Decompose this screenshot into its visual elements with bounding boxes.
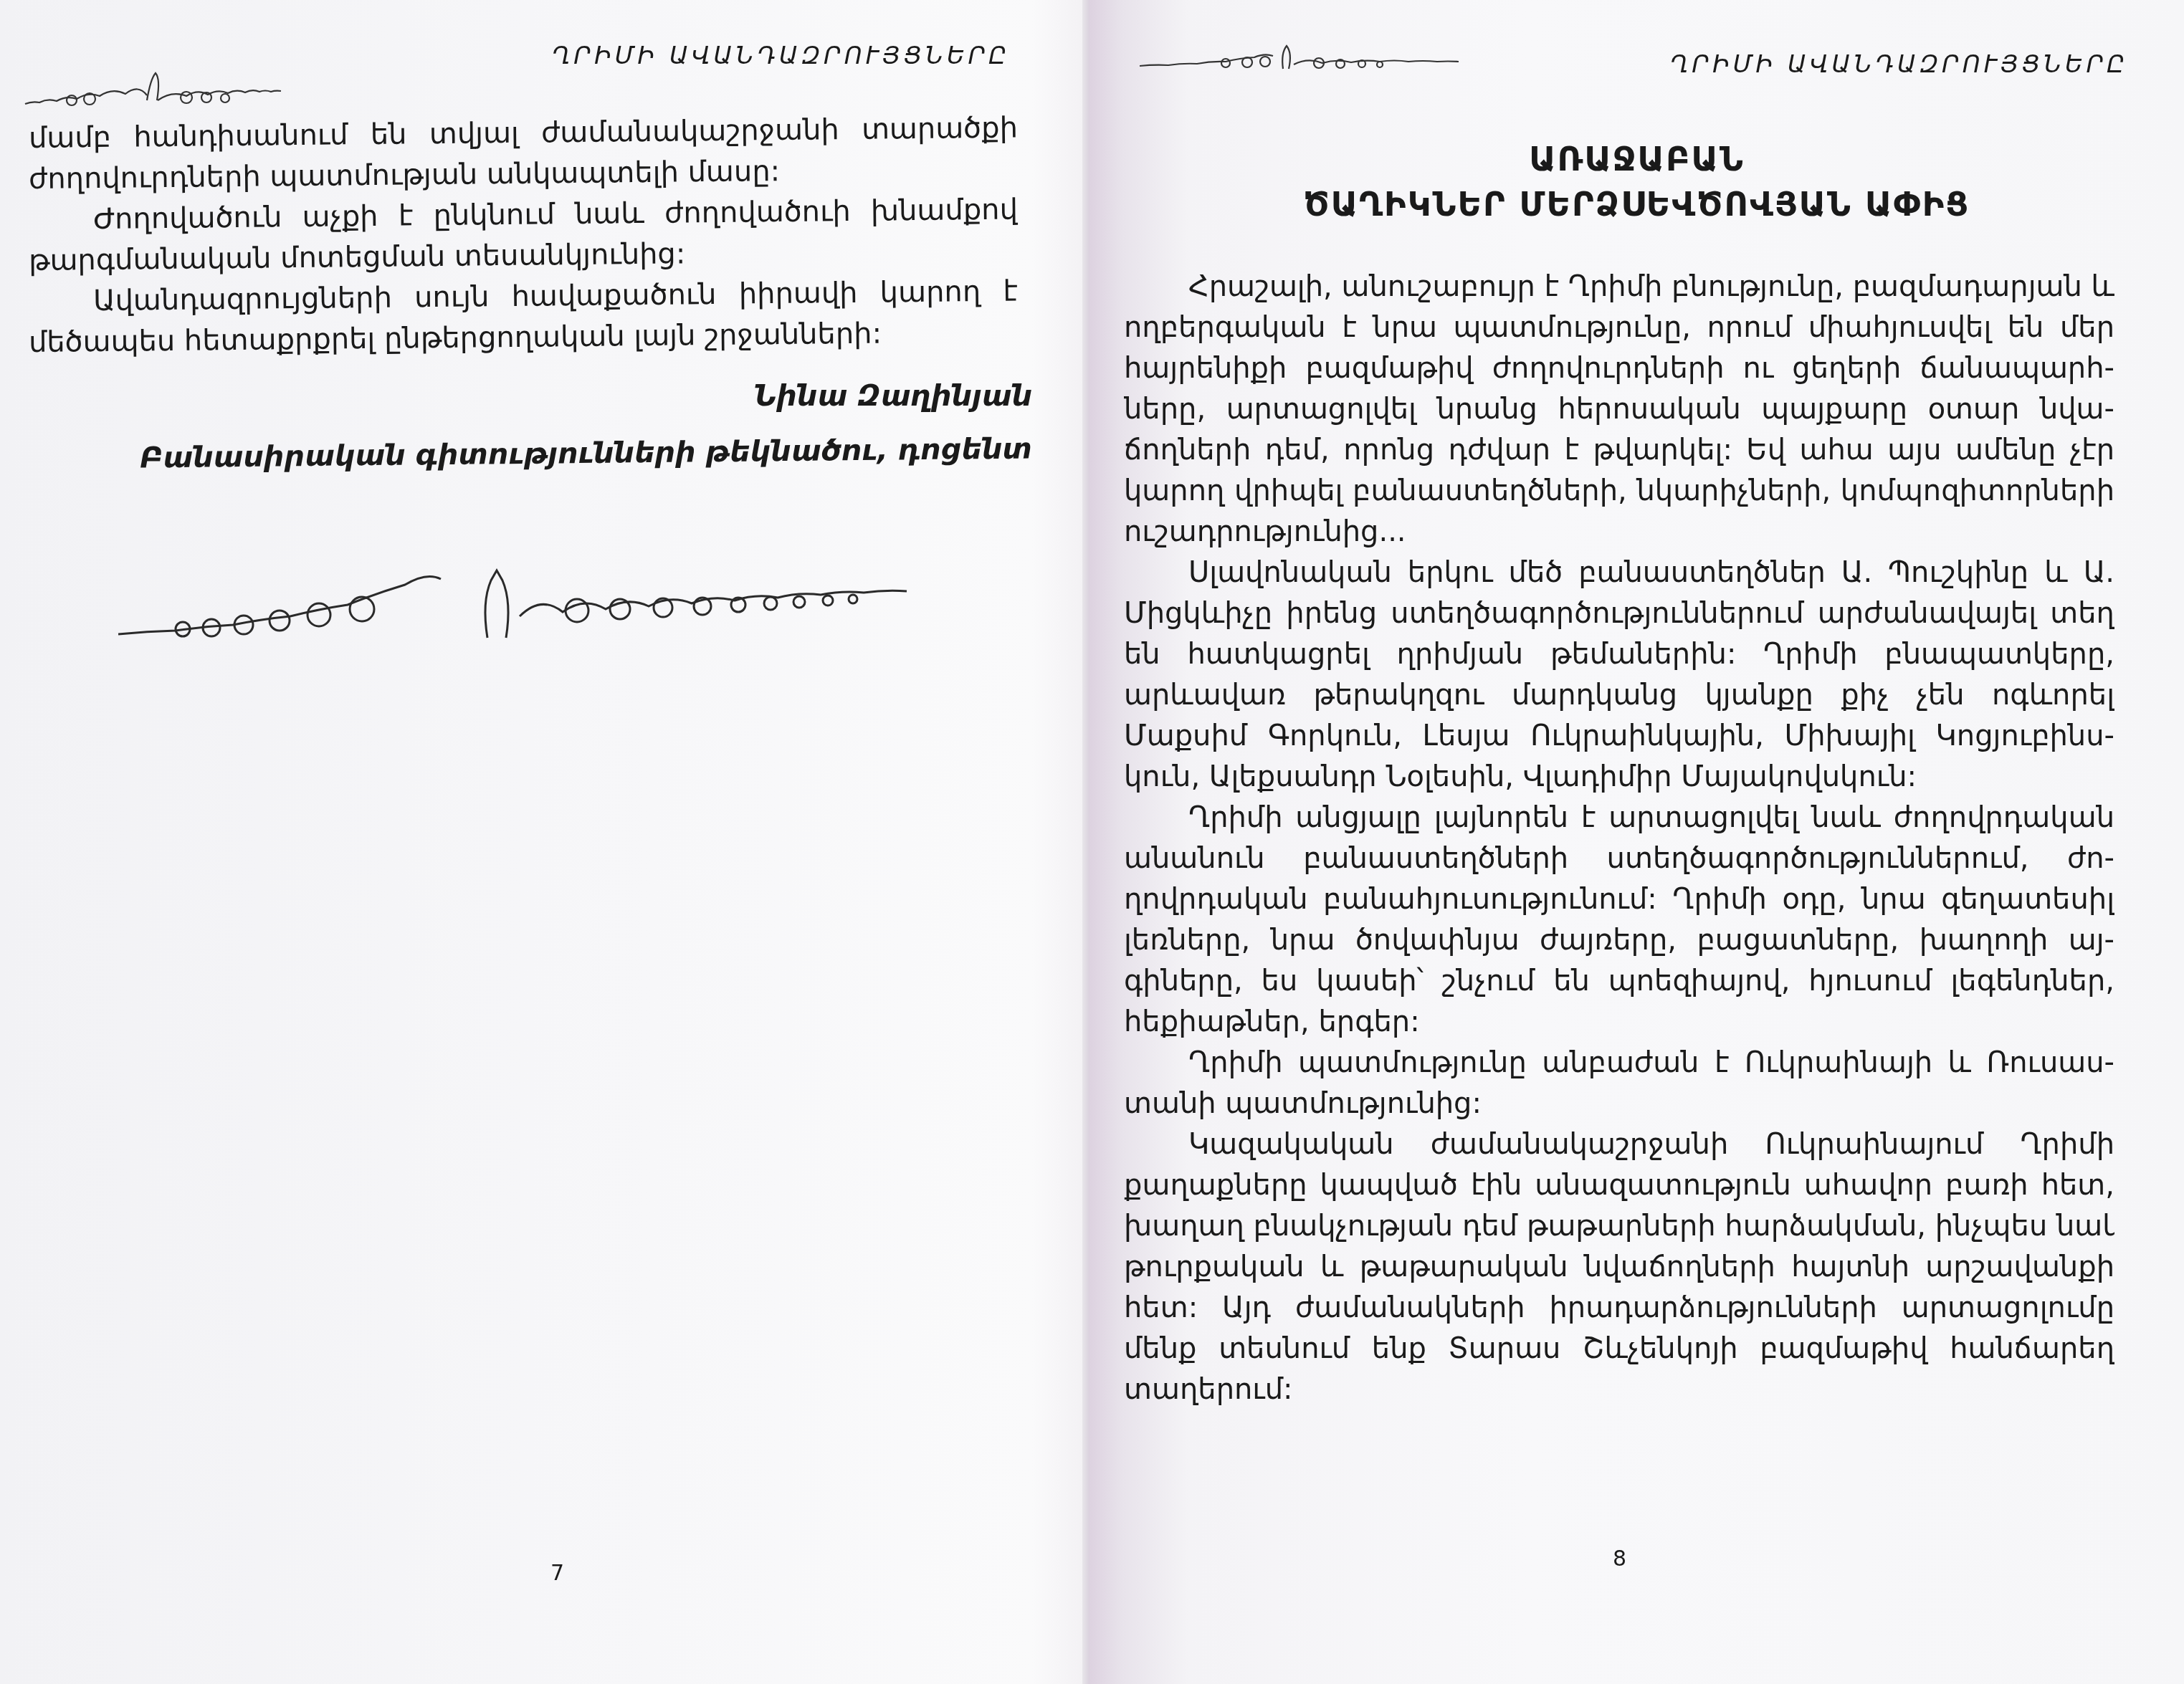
text-line: Կազակական ժամանակաշրջանի Ուկրաինայում Ղր… [1124, 1124, 2114, 1165]
text-line: հետ: Այդ ժամանակների իրադարձությունների … [1124, 1288, 2114, 1329]
page-number-right: 8 [1613, 1546, 1626, 1571]
header-ornament-icon [22, 72, 337, 111]
text-line: տանի պատմությունից: [1124, 1083, 2114, 1124]
text-line: Հրաշալի, անուշաբույր է Ղրիմի բնությունը,… [1124, 267, 2114, 307]
left-page: ՂՐԻՄԻ ԱՎԱՆԴԱԶՐՈՒՅՑՆԵՐԸ մամբ հանդիսանում … [0, 0, 1086, 1684]
text-line: մենք տեսնում ենք Տարաս Շևչենկոյի բազմաթի… [1124, 1329, 2114, 1369]
text-line: Մաքսիմ Գորկուն, Լեսյա Ուկրաինկային, Միխա… [1124, 716, 2114, 757]
header-ornament-icon [1140, 43, 1469, 75]
text-line: քաղաքները կապված էին անազատություն ահավո… [1124, 1165, 2114, 1206]
text-line: թուրքական և թաթարական նվաճողների հայտնի … [1124, 1247, 2114, 1288]
text-line: ողբերգական է նրա պատմությունը, որում միա… [1124, 307, 2114, 348]
text-line: կուն, Ալեքսանդր Նօլեսին, Վլադիմիր Մայակո… [1124, 757, 2114, 798]
section-divider-ornament-icon [118, 566, 957, 652]
signature-title: Բանասիրական գիտությունների թեկնածու, դոց… [140, 432, 1032, 474]
signature-name: Նինա Զաղինյան [754, 380, 1033, 413]
text-line: Ղրիմի պատմությունը անբաժան է Ուկրաինայի … [1124, 1043, 2114, 1083]
running-head-right: ՂՐԻՄԻ ԱՎԱՆԴԱԶՐՈՒՅՑՆԵՐԸ [1670, 50, 2128, 79]
text-line: Սլավոնական երկու մեծ բանաստեղծներ Ա. Պու… [1124, 552, 2114, 593]
text-line: ուշադրությունից... [1124, 512, 2114, 552]
chapter-subtitle: ԾԱՂԻԿՆԵՐ ՄԵՐՁՍԵՎԾՈՎՅԱՆ ԱՓԻՑ [1089, 185, 2184, 224]
text-line: հեքիաթներ, երգեր: [1124, 1002, 2114, 1043]
text-line: արևավառ թերակղզու մարդկանց կյանքը քիչ չե… [1124, 675, 2114, 716]
text-line: խաղաղ բնակչության դեմ թաթարների հարձակմա… [1124, 1206, 2114, 1247]
text-line: հայրենիքի բազմաթիվ ժողովուրդների ու ցեղե… [1124, 348, 2114, 389]
text-line: են հատկացրել ղրիմյան թեմաներին: Ղրիմի բն… [1124, 634, 2114, 675]
text-line: կարող վրիպել բանաստեղծների, նկարիչների, … [1124, 471, 2114, 512]
text-line: գիները, ես կասեի՝ շնչում են պոեզիայով, հ… [1124, 961, 2114, 1002]
running-head-left: ՂՐԻՄԻ ԱՎԱՆԴԱԶՐՈՒՅՑՆԵՐԸ [552, 42, 1010, 70]
left-body-text: մամբ հանդիսանում են տվյալ ժամանակաշրջանի… [29, 118, 1018, 363]
right-body-text: Հրաշալի, անուշաբույր է Ղրիմի բնությունը,… [1124, 267, 2114, 1410]
text-line: անանուն բանաստեղծների ստեղծագործությունն… [1124, 838, 2114, 879]
text-line: ները, արտացոլվել նրանց հերոսական պայքարը… [1124, 389, 2114, 430]
text-line: Ղրիմի անցյալը լայնորեն է արտացոլվել նաև … [1124, 798, 2114, 838]
text-line: ղովրդական բանահյուսությունում: Ղրիմի օդը… [1124, 879, 2114, 920]
text-line: ճողների դեմ, որոնց դժվար է թվարկել: Եվ ա… [1124, 430, 2114, 471]
page-number-left: 7 [550, 1561, 564, 1586]
chapter-title: ԱՌԱՋԱԲԱՆ [1089, 140, 2184, 178]
text-line: տաղերում: [1124, 1369, 2114, 1410]
text-line: Միցկևիչը իրենց ստեղծագործություններում ա… [1124, 593, 2114, 634]
text-line: լեռները, նրա ծովափնյա ժայռերը, բացատները… [1124, 920, 2114, 961]
